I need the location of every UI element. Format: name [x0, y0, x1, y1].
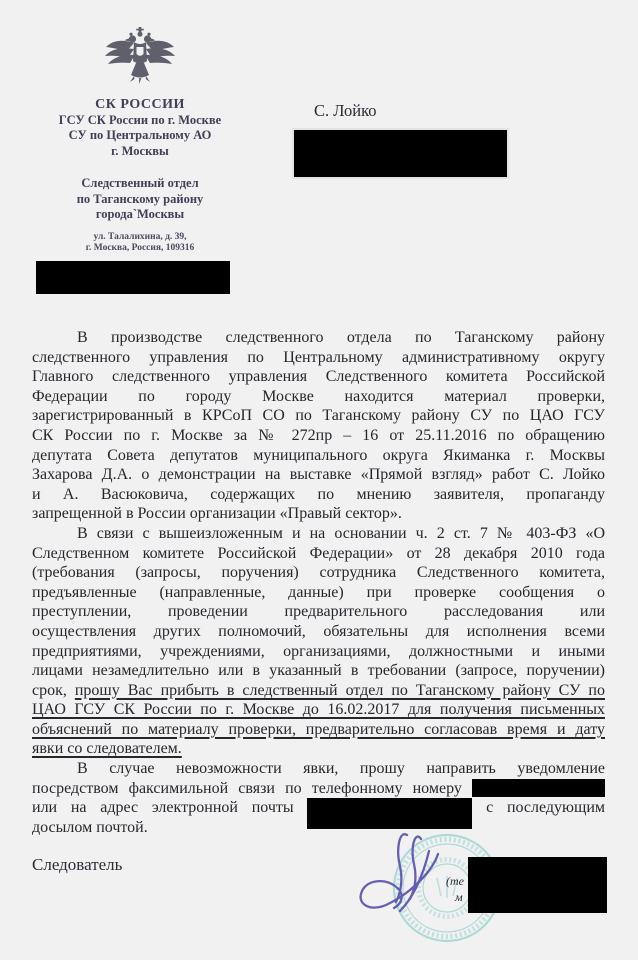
redaction-email-inline — [307, 798, 472, 815]
underlined-text: прошу Вас прибыть в следственный отдел п… — [75, 682, 605, 699]
redaction-letterhead-contact — [36, 261, 230, 294]
body-text: В производстве следственного отдела по Т… — [32, 328, 605, 837]
text-run: СК России по г. Москве за № 272пр – 16 о… — [32, 427, 605, 444]
letterhead-org-line: СК РОССИИ — [40, 97, 240, 113]
letterhead-org-line: г. Москвы — [40, 144, 240, 160]
letterhead-organization: СК РОССИИГСУ СК России по г. МосквеСУ по… — [40, 97, 240, 159]
body-line: преступлении, проведении предварительног… — [32, 602, 605, 622]
text-run: преступлении, проведении предварительног… — [32, 603, 605, 620]
partial-phone-note-text: (те — [446, 874, 464, 889]
text-run: Главного следственного управления Следст… — [32, 368, 605, 385]
text-run: Захарова Д.А. о демонстрации на выставке… — [32, 466, 605, 483]
body-line: ЦАО ГСУ СК России по г. Москве до 16.02.… — [32, 700, 605, 720]
underlined-text: объяснений по материалу проверки, предва… — [32, 721, 605, 738]
body-line: запрещенной в России организации «Правый… — [32, 504, 605, 524]
redaction-phone-inline — [472, 779, 605, 797]
text-run: В случае невозможности явки, прошу напра… — [77, 760, 605, 777]
text-run: зарегистрированный в КРСоП СО по Таганск… — [32, 407, 605, 424]
body-line: досылом почтой. — [32, 818, 605, 838]
body-line: депутата Совета депутатов муниципального… — [32, 446, 605, 466]
body-line: посредством факсимильной связи по телефо… — [32, 779, 605, 799]
body-line: Федерации по городу Москве находится мат… — [32, 387, 605, 407]
letterhead-dept-line: города`Москвы — [40, 207, 240, 223]
coat-of-arms-eagle-icon — [104, 27, 176, 85]
signer-role-label: Следователь — [32, 855, 122, 875]
underlined-text: явки со следователем. — [32, 740, 182, 757]
body-line: и А. Васюковича, содержащих по мнению за… — [32, 485, 605, 505]
scanned-letter-page: СК РОССИИГСУ СК России по г. МосквеСУ по… — [0, 0, 638, 960]
text-run: Следственном комитете Российской Федерац… — [32, 545, 605, 562]
body-line: Главного следственного управления Следст… — [32, 367, 605, 387]
letterhead-org-line: ГСУ СК России по г. Москве — [40, 113, 240, 129]
letterhead-address-line: г. Москва, Россия, 109316 — [40, 243, 240, 254]
body-line: СК России по г. Москве за № 272пр – 16 о… — [32, 426, 605, 446]
text-run: осуществления других полномочий, обязате… — [32, 623, 605, 640]
body-line: В производстве следственного отдела по Т… — [32, 328, 605, 348]
text-run: лицами незамедлительно или в указанный в… — [32, 662, 605, 679]
body-line: следственного управления по Центральному… — [32, 348, 605, 368]
text-run: срок, — [32, 682, 75, 699]
letterhead-address-line: ул. Талалихина, д. 39, — [40, 232, 240, 243]
body-line: или на адрес электронной почты с последу… — [32, 798, 605, 818]
body-line: Следственном комитете Российской Федерац… — [32, 544, 605, 564]
body-line: лицами незамедлительно или в указанный в… — [32, 661, 605, 681]
letterhead-dept-line: Следственный отдел — [40, 176, 240, 192]
letterhead-dept-line: по Таганскому району — [40, 192, 240, 208]
body-line: В связи с вышеизложенным и на основании … — [32, 524, 605, 544]
body-line: осуществления других полномочий, обязате… — [32, 622, 605, 642]
letterhead-org-line: СУ по Центральному АО — [40, 128, 240, 144]
body-line: Захарова Д.А. о демонстрации на выставке… — [32, 465, 605, 485]
body-line: зарегистрированный в КРСоП СО по Таганск… — [32, 406, 605, 426]
underlined-text: ЦАО ГСУ СК России по г. Москве до 16.02.… — [32, 701, 605, 718]
body-line: В случае невозможности явки, прошу напра… — [32, 759, 605, 779]
text-run: досылом почтой. — [32, 819, 148, 836]
letterhead-department: Следственный отделпо Таганскому районуго… — [40, 176, 240, 223]
body-line: предприятиями, учреждениями, организация… — [32, 642, 605, 662]
text-run: предприятиями, учреждениями, организация… — [32, 643, 605, 660]
text-run: Федерации по городу Москве находится мат… — [32, 388, 605, 405]
text-run: (требования (запросы, поручения) сотрудн… — [32, 564, 605, 581]
letterhead-postal-address: ул. Талалихина, д. 39,г. Москва, Россия,… — [40, 232, 240, 254]
partial-phone-note-text: м — [455, 890, 463, 905]
body-line: явки со следователем. — [32, 739, 605, 759]
text-run: и А. Васюковича, содержащих по мнению за… — [32, 486, 605, 503]
text-run: запрещенной в России организации «Правый… — [32, 505, 402, 522]
text-run: В связи с вышеизложенным и на основании … — [77, 525, 605, 542]
text-run: предъявленные (направленные, данные) при… — [32, 584, 605, 601]
redaction-addressee-address — [294, 130, 507, 177]
body-line: объяснений по материалу проверки, предва… — [32, 720, 605, 740]
handwritten-signature — [350, 828, 452, 920]
text-run: депутата Совета депутатов муниципального… — [32, 447, 605, 464]
addressee-name: С. Лойко — [314, 101, 377, 121]
text-run: посредством факсимильной связи по телефо… — [32, 780, 472, 797]
body-line: срок, прошу Вас прибыть в следственный о… — [32, 681, 605, 701]
text-run: с последующим — [472, 799, 605, 816]
redaction-signer-contact — [468, 857, 607, 913]
text-run: В производстве следственного отдела по Т… — [77, 329, 605, 346]
body-line: (требования (запросы, поручения) сотрудн… — [32, 563, 605, 583]
body-line: предъявленные (направленные, данные) при… — [32, 583, 605, 603]
text-run: следственного управления по Центральному… — [32, 349, 605, 366]
text-run: или на адрес электронной почты — [32, 799, 307, 816]
